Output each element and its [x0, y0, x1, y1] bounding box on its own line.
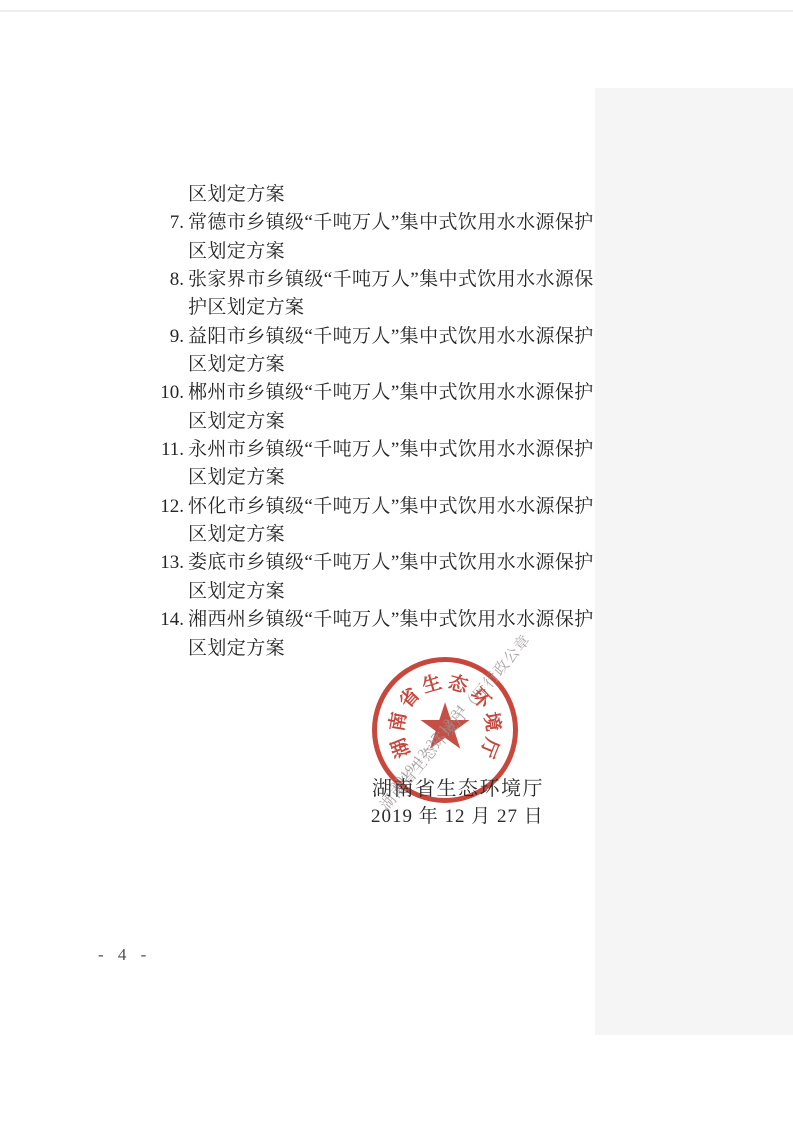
list-item-line1: 11.永州市乡镇级“千吨万人”集中式饮用水水源保护: [154, 436, 604, 464]
signature-org: 湖南省生态环境厅: [372, 772, 544, 801]
item-text: 益阳市乡镇级“千吨万人”集中式饮用水水源保护: [188, 326, 594, 347]
item-text: 怀化市乡镇级“千吨万人”集中式饮用水水源保护: [188, 496, 594, 517]
item-number: 11.: [154, 436, 184, 464]
list-item-line1: 7.常德市乡镇级“千吨万人”集中式饮用水水源保护: [154, 209, 604, 237]
seal-ring-char: 境: [478, 710, 508, 733]
item-text: 永州市乡镇级“千吨万人”集中式饮用水水源保护: [188, 439, 594, 460]
list-item-line2: 护区划定方案: [154, 294, 604, 322]
list-item-line2: 区划定方案: [154, 238, 604, 266]
list-item-line1: 8.张家界市乡镇级“千吨万人”集中式饮用水水源保: [154, 266, 604, 294]
item-number: 8.: [154, 266, 184, 294]
item-text: 常德市乡镇级“千吨万人”集中式饮用水水源保护: [188, 212, 594, 233]
seal-ring-char: 厅: [474, 734, 506, 762]
list-item-line1: 12.怀化市乡镇级“千吨万人”集中式饮用水水源保护: [154, 493, 604, 521]
list-item-line2: 区划定方案: [154, 351, 604, 379]
list-item-line1: 14.湘西州乡镇级“千吨万人”集中式饮用水水源保护: [154, 606, 604, 634]
item-number: 9.: [154, 323, 184, 351]
scan-gutter-right: [595, 88, 793, 1035]
list-item-line2: 区划定方案: [154, 635, 604, 663]
list-item-line1: 9.益阳市乡镇级“千吨万人”集中式饮用水水源保护: [154, 323, 604, 351]
item-number: 7.: [154, 209, 184, 237]
page-number: - 4 -: [98, 945, 151, 965]
carryover-line: 区划定方案: [154, 181, 604, 209]
document-list: 区划定方案7.常德市乡镇级“千吨万人”集中式饮用水水源保护区划定方案8.张家界市…: [154, 181, 604, 663]
list-item-line2: 区划定方案: [154, 408, 604, 436]
top-scan-artifact: [0, 10, 793, 12]
item-number: 14.: [154, 606, 184, 634]
list-item-line2: 区划定方案: [154, 464, 604, 492]
item-text: 娄底市乡镇级“千吨万人”集中式饮用水水源保护: [188, 552, 594, 573]
seal-ring-char: 南: [382, 710, 412, 733]
list-item-line2: 区划定方案: [154, 578, 604, 606]
signature-date: 2019 年 12 月 27 日: [371, 801, 544, 828]
page-container: 区划定方案7.常德市乡镇级“千吨万人”集中式饮用水水源保护区划定方案8.张家界市…: [0, 0, 793, 1122]
list-item-line1: 10.郴州市乡镇级“千吨万人”集中式饮用水水源保护: [154, 379, 604, 407]
item-text: 张家界市乡镇级“千吨万人”集中式饮用水水源保: [188, 269, 594, 290]
list-item-line2: 区划定方案: [154, 521, 604, 549]
item-text: 湘西州乡镇级“千吨万人”集中式饮用水水源保护: [188, 609, 594, 630]
item-text: 郴州市乡镇级“千吨万人”集中式饮用水水源保护: [188, 382, 594, 403]
list-item-line1: 13.娄底市乡镇级“千吨万人”集中式饮用水水源保护: [154, 549, 604, 577]
item-number: 13.: [154, 549, 184, 577]
item-number: 10.: [154, 379, 184, 407]
item-number: 12.: [154, 493, 184, 521]
